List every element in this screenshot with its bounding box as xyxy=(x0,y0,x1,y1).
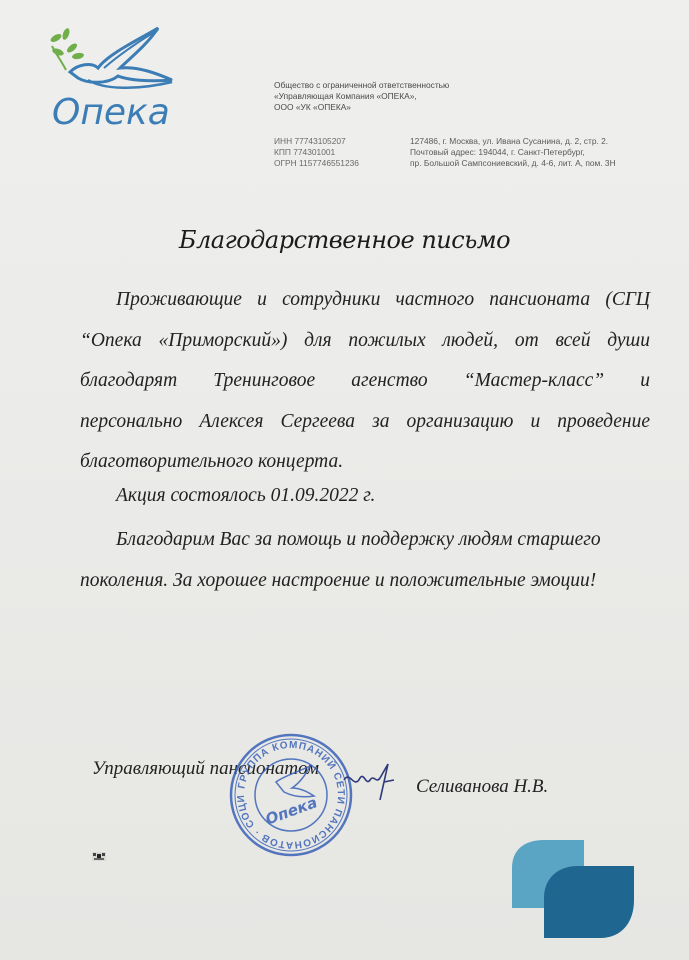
paragraph-event-date: Акция состоялось 01.09.2022 г. xyxy=(80,476,686,517)
text-line: “Опека «Приморский») для пожилых людей, … xyxy=(80,321,650,362)
company-line: ООО «УК «ОПЕКА» xyxy=(274,102,449,113)
paragraph-thanks: Благодарим Вас за помощь и поддержку люд… xyxy=(80,520,650,601)
text-line: Проживающие и сотрудники частного пансио… xyxy=(80,280,650,321)
company-requisites: ИНН 77743105207 КПП 774301001 ОГРН 11577… xyxy=(274,136,359,169)
company-name: Общество с ограниченной ответственностью… xyxy=(274,80,449,113)
text-line: персонально Алексея Сергеева за организа… xyxy=(80,402,650,443)
signer-name: Селиванова Н.В. xyxy=(416,776,548,798)
address-line: 127486, г. Москва, ул. Ивана Сусанина, д… xyxy=(410,136,616,147)
paragraph-gratitude: Проживающие и сотрудники частного пансио… xyxy=(80,280,650,483)
text-line: благодарят Тренинговое агенство “Мастер-… xyxy=(80,361,650,402)
kpp: КПП 774301001 xyxy=(274,147,359,158)
qr-code-icon xyxy=(92,852,106,861)
handwritten-signature-icon xyxy=(340,750,410,810)
company-line: «Управляющая Компания «ОПЕКА», xyxy=(274,91,449,102)
letter-page: Опека Общество с ограниченной ответствен… xyxy=(0,0,689,960)
text-line: Благодарим Вас за помощь и поддержку люд… xyxy=(80,520,650,561)
address-line: Почтовый адрес: 194044, г. Санкт-Петербу… xyxy=(410,147,616,158)
company-stamp-icon: ГРУППА КОМПАНИЙ СЕТИ ПАНСИОНАТОВ · СОЦИА… xyxy=(226,730,356,860)
letter-title: Благодарственное письмо xyxy=(0,226,689,254)
text-line: поколения. За хорошее настроение и полож… xyxy=(80,561,650,602)
address-line: пр. Большой Сампсониевский, д. 4-6, лит.… xyxy=(410,158,616,169)
corner-leaf-logo-icon xyxy=(510,838,640,938)
logo-text: Опека xyxy=(52,92,170,133)
company-address: 127486, г. Москва, ул. Ивана Сусанина, д… xyxy=(410,136,616,169)
svg-text:Опека: Опека xyxy=(263,793,320,828)
ogrn: ОГРН 1157746551236 xyxy=(274,158,359,169)
inn: ИНН 77743105207 xyxy=(274,136,359,147)
company-line: Общество с ограниченной ответственностью xyxy=(274,80,449,91)
